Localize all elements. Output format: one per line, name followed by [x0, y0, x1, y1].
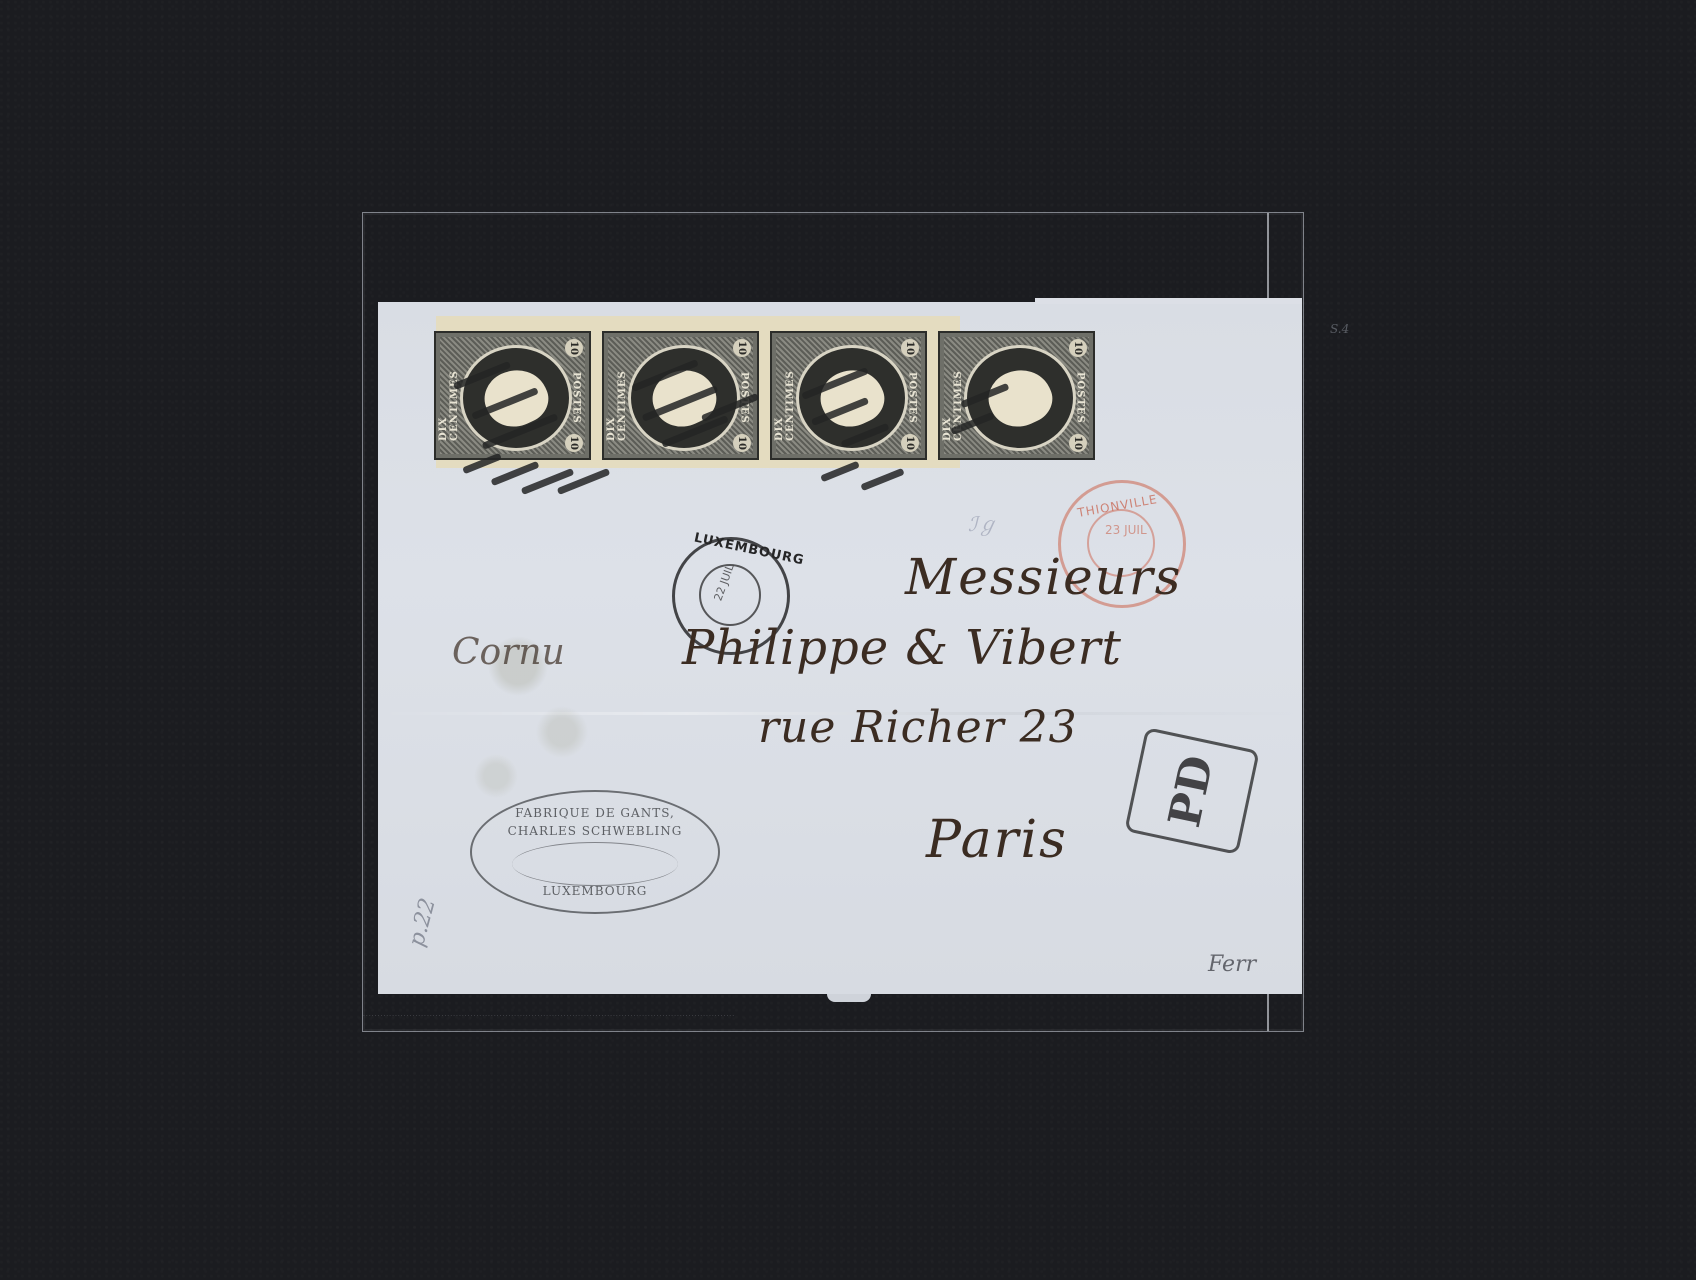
pencil-note-top: ℐℊ — [968, 508, 997, 537]
stamp: DIX CENTIMESPOSTES1010 — [434, 331, 591, 460]
stamp: DIX CENTIMESPOSTES1010 — [938, 331, 1095, 460]
stamp-value-text: DIX CENTIMES — [610, 355, 624, 441]
address-line-4: Paris — [926, 810, 1068, 870]
stamp-portrait-oval — [796, 345, 908, 451]
address-line-2: Philippe & Vibert — [682, 620, 1122, 676]
portrait-head — [644, 360, 724, 437]
stamp-corner-value: 10 — [733, 434, 751, 452]
stamp-corner-value: 10 — [901, 434, 919, 452]
sleeve-tab — [827, 994, 871, 1002]
stamp-corner-value: 10 — [565, 339, 583, 357]
cachet-line-3: LUXEMBOURG — [472, 884, 718, 898]
stamp-value-text: DIX CENTIMES — [778, 355, 792, 441]
stamp-corner-value: 10 — [1069, 339, 1087, 357]
stamp-corner-value: 10 — [1069, 434, 1087, 452]
cover-top-edge — [1035, 298, 1302, 304]
address-line-1: Messieurs — [905, 548, 1182, 606]
stamp-corner-value: 10 — [901, 339, 919, 357]
cachet-line-1: FABRIQUE DE GANTS, — [472, 806, 718, 820]
cachet-inner-lens — [512, 842, 678, 886]
address-line-3: rue Richer 23 — [758, 702, 1078, 753]
stamp-portrait-oval — [628, 345, 740, 451]
pencil-note-corner: S.4 — [1330, 322, 1349, 336]
cachet-line-2: CHARLES SCHWEBLING — [472, 824, 718, 838]
stamp: DIX CENTIMESPOSTES1010 — [770, 331, 927, 460]
address-line-2-prefix: Cornu — [452, 632, 565, 673]
postmark-date: 23 JUIL — [1105, 523, 1147, 537]
sender-cachet: FABRIQUE DE GANTS, CHARLES SCHWEBLING LU… — [470, 790, 720, 914]
stamp-value-text: DIX CENTIMES — [946, 355, 960, 441]
stamp: DIX CENTIMESPOSTES1010 — [602, 331, 759, 460]
stamp-portrait-oval — [964, 345, 1076, 451]
stamp-corner-value: 10 — [733, 339, 751, 357]
stamp-corner-value: 10 — [565, 434, 583, 452]
portrait-head — [812, 360, 892, 437]
pd-text: PD — [1160, 751, 1225, 831]
portrait-head — [476, 360, 556, 437]
stamp-value-text: DIX CENTIMES — [442, 355, 456, 441]
expert-signature: Ferr — [1208, 952, 1256, 977]
sleeve-footer-text: ........................................… — [363, 1011, 1303, 1019]
stamp-portrait-oval — [460, 345, 572, 451]
portrait-head — [980, 360, 1060, 437]
